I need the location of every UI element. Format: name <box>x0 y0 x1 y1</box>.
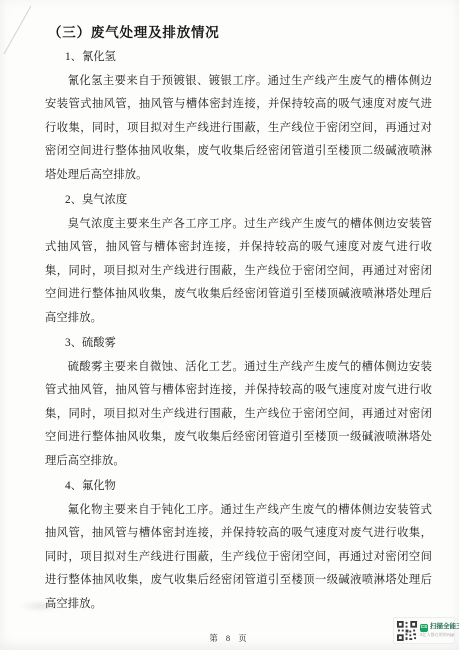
section-fluoride: 4、氟化物 氟化物主要来自于钝化工序。通过生产线产生废气的槽体侧边安装管式抽风管… <box>45 475 432 616</box>
section-title: 4、氟化物 <box>45 475 432 499</box>
page-title: （三）废气处理及排放情况 <box>48 24 432 42</box>
camscanner-logo-icon: CS <box>420 624 428 632</box>
watermark-tagline: 3亿人都在用的App <box>420 633 455 637</box>
qr-code-icon <box>397 621 417 641</box>
section-title: 1、氰化氢 <box>45 46 432 70</box>
document-content: （三）废气处理及排放情况 1、氰化氢 氰化氢主要来自于预镀银、镀银工序。通过生产… <box>0 0 459 644</box>
watermark-text-block: CS 扫描全能王 3亿人都在用的App <box>420 624 459 638</box>
section-paragraph: 臭气浓度主要来生产各工序工序。过生产线产生废气的槽体侧边安装管式抽风管，抽风管与… <box>45 213 432 331</box>
section-hydrogen-cyanide: 1、氰化氢 氰化氢主要来自于预镀银、镀银工序。通过生产线产生废气的槽体侧边安装管… <box>45 46 432 187</box>
section-odor-concentration: 2、臭气浓度 臭气浓度主要来生产各工序工序。过生产线产生废气的槽体侧边安装管式抽… <box>45 189 432 330</box>
document-page: （三）废气处理及排放情况 1、氰化氢 氰化氢主要来自于预镀银、镀银工序。通过生产… <box>0 0 459 650</box>
section-sulfuric-acid-mist: 3、硫酸雾 硫酸雾主要来自微蚀、活化工艺。通过生产线产生废气的槽体侧边安装管式抽… <box>45 332 432 473</box>
section-title: 2、臭气浓度 <box>45 189 432 213</box>
section-paragraph: 硫酸雾主要来自微蚀、活化工艺。通过生产线产生废气的槽体侧边安装管式抽风管，抽风管… <box>45 356 432 474</box>
section-title: 3、硫酸雾 <box>45 332 432 356</box>
section-paragraph: 氰化氢主要来自于预镀银、镀银工序。通过生产线产生废气的槽体侧边安装管式抽风管，抽… <box>45 70 432 188</box>
section-paragraph: 氟化物主要来自于钝化工序。通过生产线产生废气的槽体侧边安装管式抽风管，抽风管与槽… <box>45 499 432 617</box>
camscanner-watermark: CS 扫描全能王 3亿人都在用的App <box>393 617 455 644</box>
page-number: 第 8 页 <box>45 632 414 644</box>
watermark-app-name: 扫描全能王 <box>430 624 459 631</box>
